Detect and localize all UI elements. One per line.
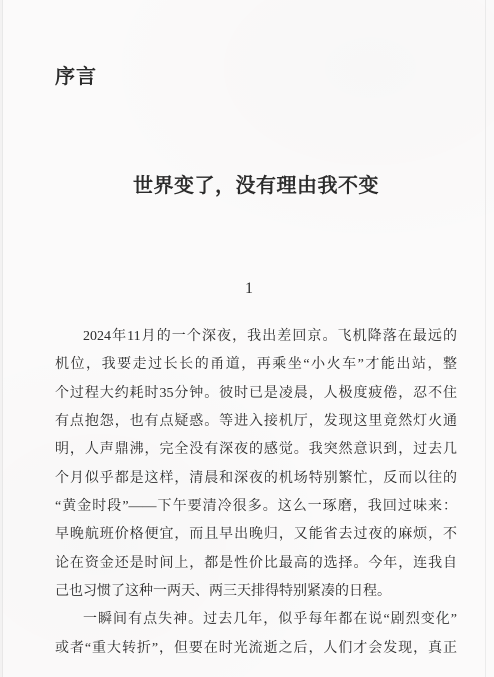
body-line: 2024年11月的一个深夜，我出差回京。飞机降落在最远的 [55, 323, 457, 351]
body-line: 个月似乎都是这样，清晨和深夜的机场特别繁忙，反而以往的 [55, 465, 457, 493]
preface-heading: 序言 [55, 64, 457, 90]
body-line: 有点抱怨，也有点疑惑。等进入接机厅，发现这里竟然灯火通 [55, 408, 457, 436]
section-number: 1 [48, 279, 450, 299]
body-line: 明，人声鼎沸，完全没有深夜的感觉。我突然意识到，过去几 [55, 436, 457, 464]
body-line: 论在资金还是时间上，都是性价比最高的选择。今年，连我自 [55, 550, 457, 578]
body-line: 个过程大约耗时35分钟。彼时已是凌晨，人极度疲倦，忍不住 [55, 380, 457, 408]
page-right-edge-shadow [485, 0, 486, 677]
chapter-title: 世界变了，没有理由我不变 [55, 174, 457, 199]
page-content: 序言 世界变了，没有理由我不变 1 2024年11月的一个深夜，我出差回京。飞机… [55, 0, 457, 663]
book-page: 序言 世界变了，没有理由我不变 1 2024年11月的一个深夜，我出差回京。飞机… [0, 0, 494, 677]
body-text-block: 2024年11月的一个深夜，我出差回京。飞机降落在最远的 机位，我要走过长长的甬… [55, 323, 457, 663]
body-line: 或者“重大转折”，但要在时光流逝之后，人们才会发现，真正 [55, 635, 457, 663]
body-line: 早晚航班价格便宜，而且早出晚归，又能省去过夜的麻烦，不 [55, 521, 457, 549]
page-left-edge-shadow [2, 0, 3, 677]
body-line: 己也习惯了这种一两天、两三天排得特别紧凑的日程。 [55, 578, 457, 606]
body-line: “黄金时段”——下午要清冷很多。这么一琢磨，我回过味来： [55, 493, 457, 521]
body-line: 一瞬间有点失神。过去几年，似乎每年都在说“剧烈变化” [55, 606, 457, 634]
body-line: 机位，我要走过长长的甬道，再乘坐“小火车”才能出站，整 [55, 351, 457, 379]
